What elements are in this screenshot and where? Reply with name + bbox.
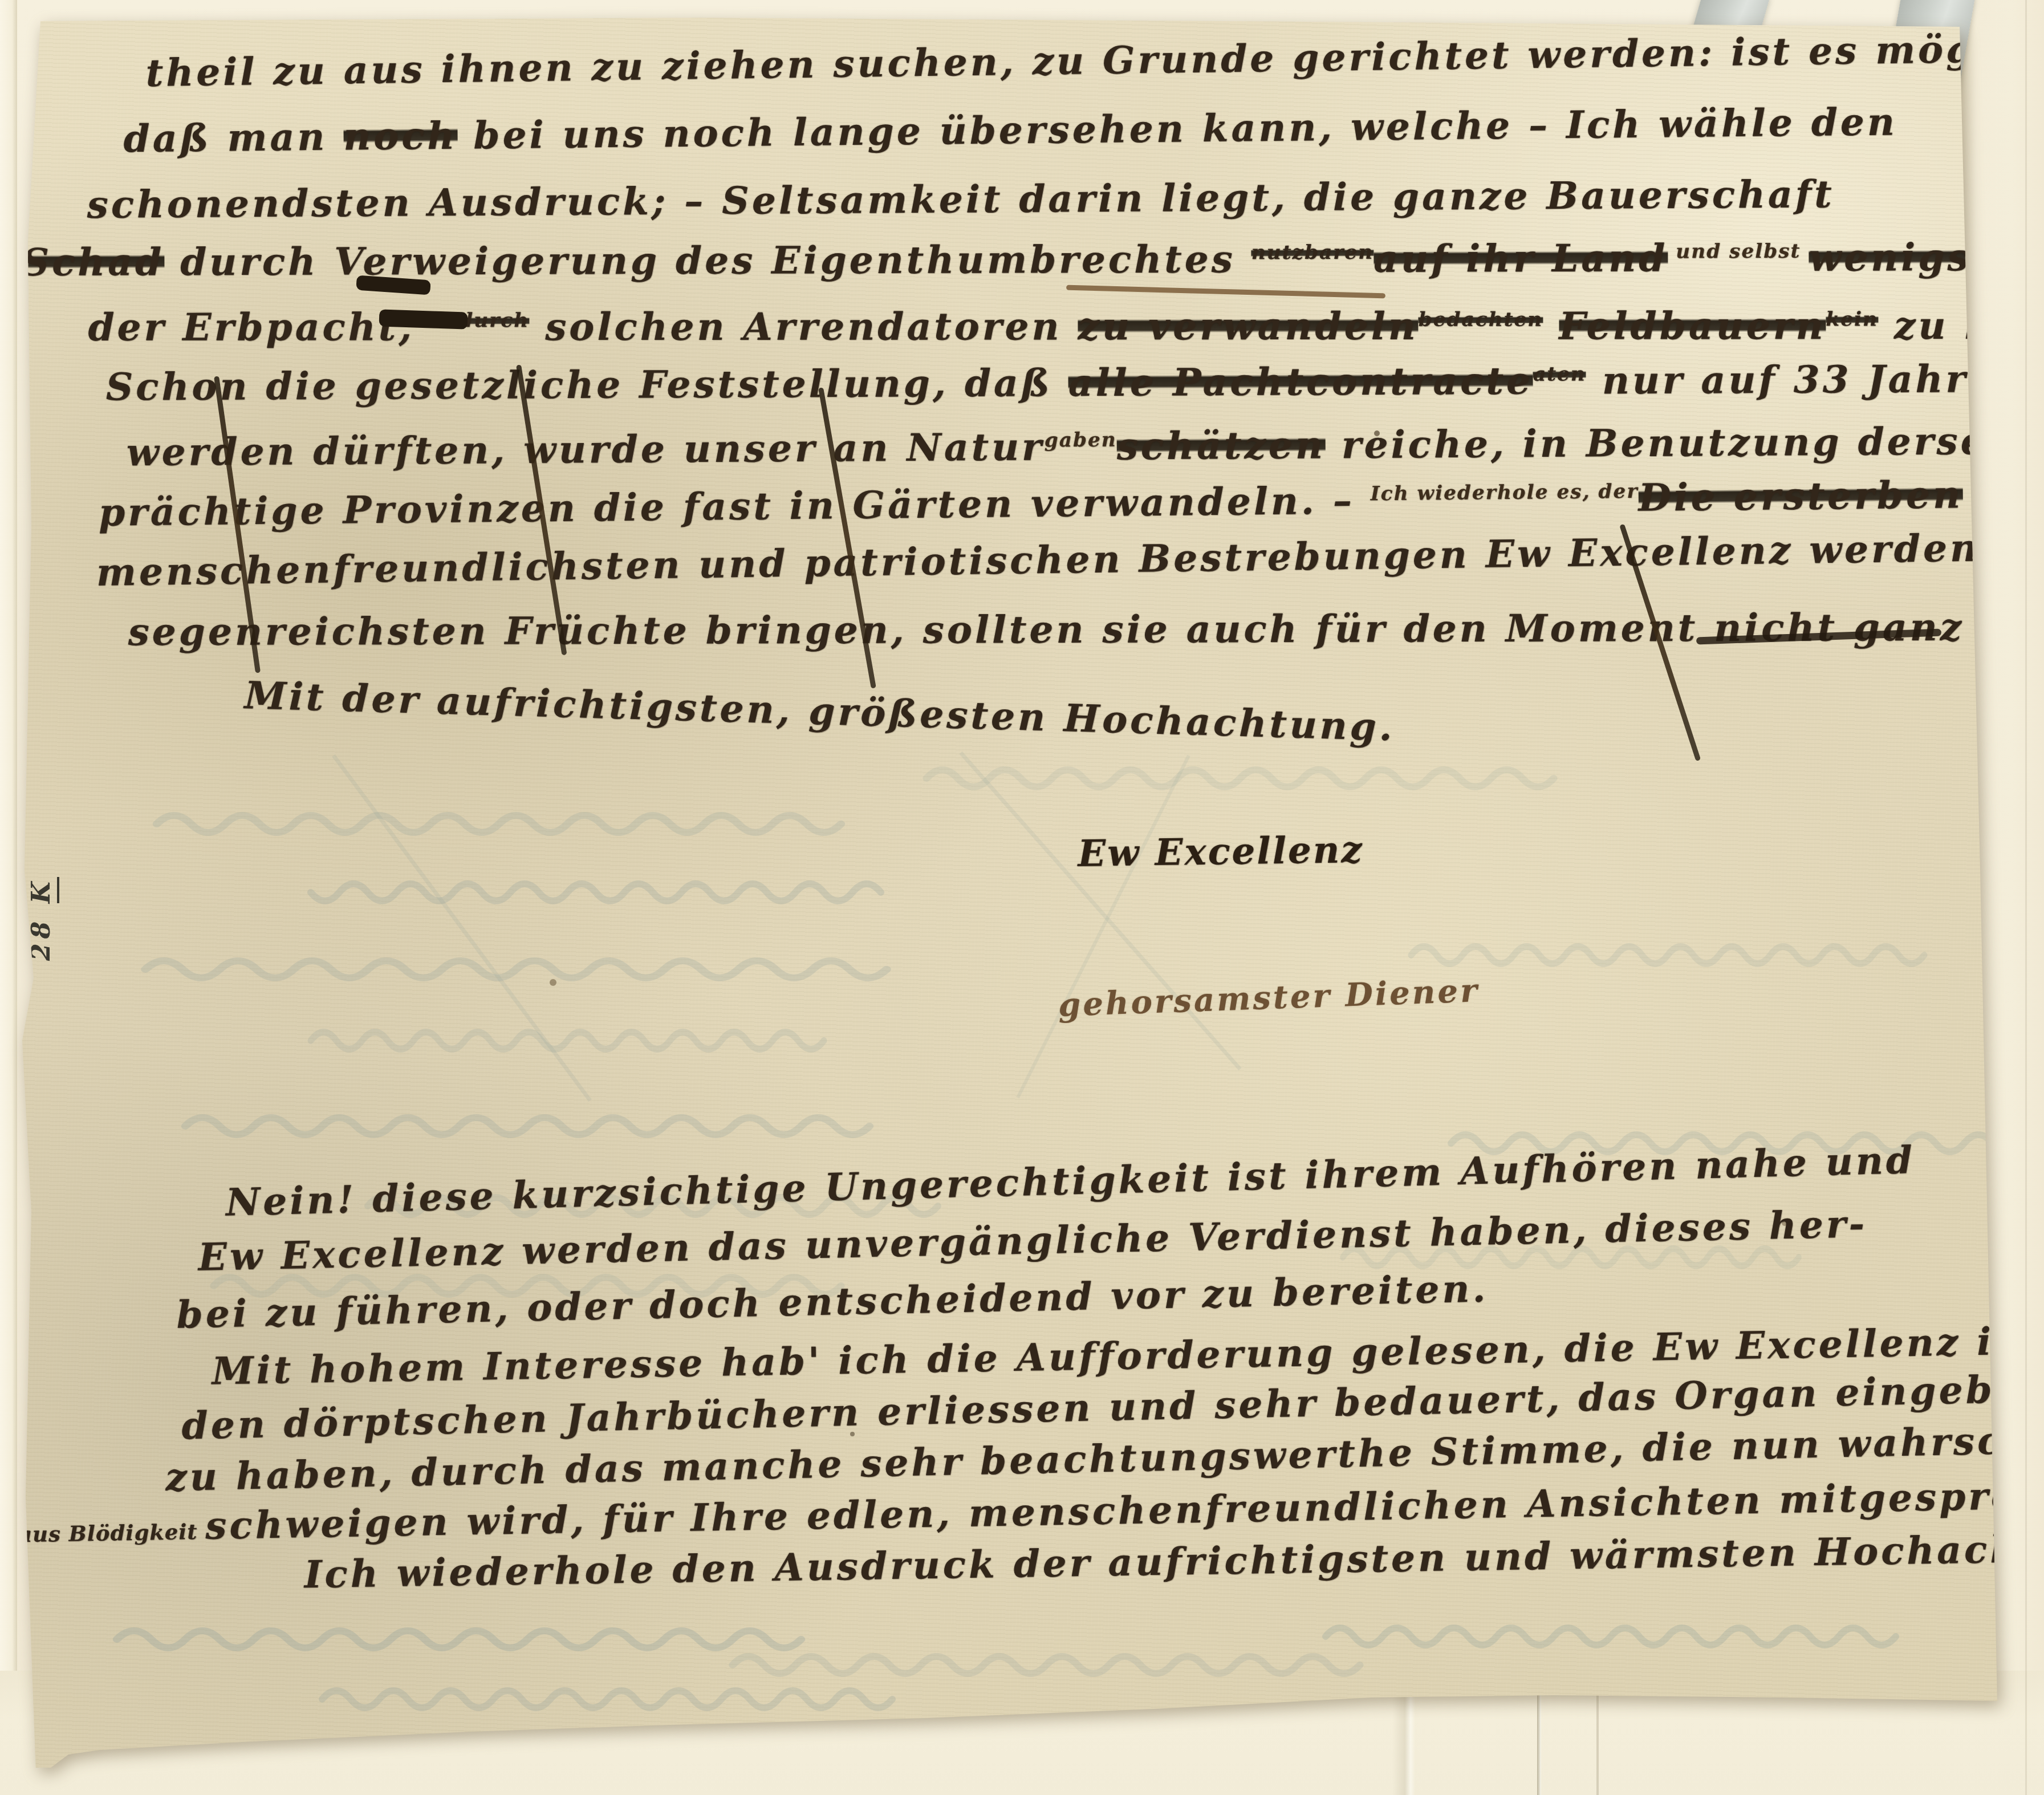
struck-insert-text: bedachten (1419, 308, 1543, 331)
struck-text: noch (343, 113, 458, 159)
handwritten-line: Schad durch Verweigerung des Eigenthumbr… (22, 235, 2044, 285)
struck-insert-text: kein (1826, 308, 1878, 331)
struck-insert-text: aten (1533, 363, 1586, 385)
margin-small-text: aus Blödigkeit (18, 1519, 206, 1547)
handwriting-text: menschenfreundlichsten und patriotischen… (96, 524, 2044, 594)
inserted-text: und selbst (1668, 240, 1809, 263)
letter-sheet-wrap: theil zu aus ihnen zu ziehen suchen, zu … (14, 14, 2004, 1768)
handwritten-line: schonendsten Ausdruck; – Seltsamkeit dar… (87, 172, 1834, 227)
handwriting-text: Schon die gesetzliche Feststellung, daß (105, 360, 1068, 409)
handwritten-line: daß man noch bei uns noch lange übersehe… (123, 99, 1897, 161)
struck-text: Schad (22, 239, 164, 285)
margin-note-letter: K (27, 877, 59, 903)
handwriting-text: durch Verweigerung des Eigenthumbrechtes (164, 237, 1251, 284)
handwriting-text: reiche, in Benutzung derselben (1326, 418, 2044, 467)
handwritten-line: segenreichsten Früchte bringen, sollten … (128, 604, 2044, 655)
handwriting-text: bei uns noch lange übersehen kann, welch… (457, 99, 1897, 157)
inserted-text: gaben (1045, 429, 1117, 452)
handwritten-line: prächtige Provinzen die fast in Gärten v… (99, 472, 1964, 534)
handwriting-text: segenreichsten Früchte bringen, sollten … (128, 604, 2044, 655)
handwriting-text (1543, 304, 1559, 348)
struck-text: Feldbauern (1559, 303, 1826, 348)
handwritten-line: Schon die gesetzliche Feststellung, daß … (105, 356, 2044, 409)
inserted-text: Ich wiederhole es, der (1370, 480, 1638, 506)
handwritten-line: werden dürften, wurde unser an Naturgabe… (127, 418, 2044, 474)
handwriting-text: der Erbpacht, (88, 304, 430, 350)
handwriting-text: prächtige Provinzen die fast in Gärten v… (99, 478, 1371, 534)
handwriting-text: daß man (123, 115, 343, 161)
struck-text: auf ihr Land (1373, 235, 1668, 281)
upper-paragraph-block: theil zu aus ihnen zu ziehen suchen, zu … (80, 25, 1990, 698)
margin-note: 28 K (27, 877, 56, 961)
struck-insert-text: nutzbaren (1251, 241, 1373, 265)
handwriting-text: theil zu aus ihnen zu ziehen suchen, zu … (145, 27, 1993, 95)
handwritten-line: theil zu aus ihnen zu ziehen suchen, zu … (145, 27, 1993, 95)
handwriting-text: bei zu führen, oder doch entscheidend vo… (176, 1266, 1489, 1337)
address-line: Ew Excellenz (1078, 829, 1364, 875)
signature-line: gehorsamster Diener (1058, 972, 1480, 1024)
handwriting-text: werden dürften, wurde unser an Natur (127, 424, 1045, 474)
struck-text: schätzen (1117, 423, 1326, 468)
struck-text: alle Pachtcontracte (1068, 359, 1533, 405)
letter-sheet: theil zu aus ihnen zu ziehen suchen, zu … (14, 14, 2004, 1768)
scanned-letter-page: theil zu aus ihnen zu ziehen suchen, zu … (0, 0, 2044, 1795)
struck-text: Die ersterben (1638, 472, 1963, 519)
ink-blot (379, 309, 468, 329)
lower-paragraph-block: Nein! diese kurzsichtige Ungerechtigkeit… (80, 1145, 2004, 1617)
struck-text: zu verwandeln (1078, 304, 1418, 349)
handwriting-text: solchen Arrendatoren (529, 304, 1078, 349)
handwritten-line: bei zu führen, oder doch entscheidend vo… (176, 1266, 1489, 1337)
margin-note-number: 28 (27, 917, 56, 961)
handwriting-text: nur auf 33 Jahr verliehen (1586, 356, 2044, 403)
handwritten-line: menschenfreundlichsten und patriotischen… (96, 524, 2044, 594)
handwriting-text: schonendsten Ausdruck; – Seltsamkeit dar… (87, 172, 1834, 227)
